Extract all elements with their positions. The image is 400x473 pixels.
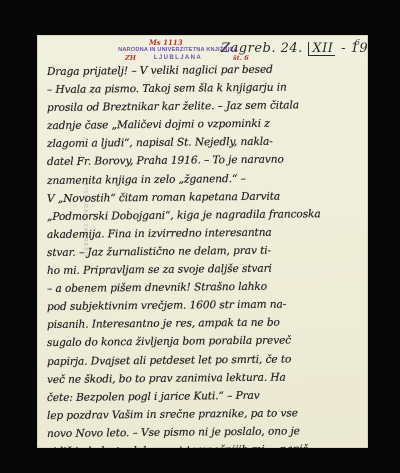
dateline: Zagreb. 24. XII - 1920 — [221, 41, 368, 56]
collection-mark-annotation: ZH — [125, 54, 136, 62]
dateline-place: Zagreb. 24. — [221, 41, 303, 56]
letter-body: Draga prijatelj! – V veliki naglici par … — [47, 63, 365, 448]
call-number-annotation: Ms 1113 — [149, 38, 183, 47]
dateline-month: XII — [308, 42, 335, 56]
letter-page: Ms 1113 NARODNA IN UNIVERZITETNA KNJIŽNI… — [37, 35, 368, 448]
dateline-year: - 1920 — [341, 41, 368, 56]
